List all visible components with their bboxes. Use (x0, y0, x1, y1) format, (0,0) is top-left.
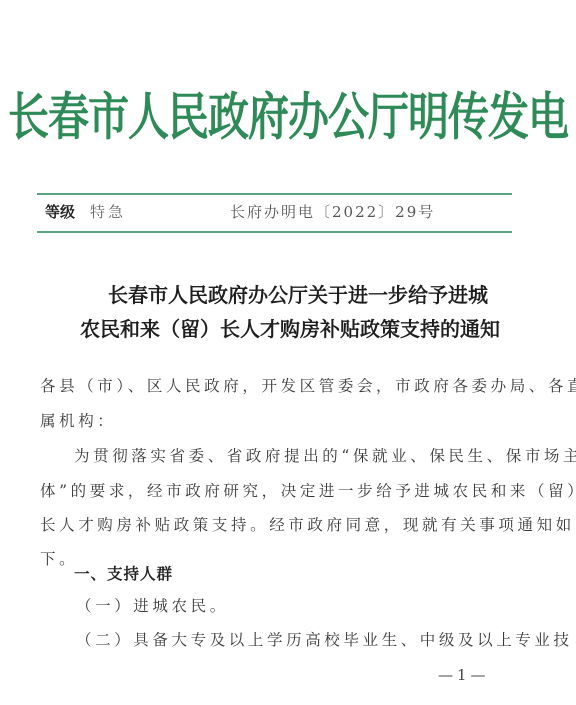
intro-paragraph-line-1: 为贯彻落实省委、省政府提出的“保就业、保民生、保市场主 (74, 445, 576, 467)
intro-paragraph-line-3: 长人才购房补贴政策支持。经市政府同意，现就有关事项通知如 (40, 514, 575, 536)
intro-paragraph-line-4: 下。 (40, 548, 78, 570)
list-item-2: （二）具备大专及以上学历高校毕业生、中级及以上专业技 (76, 629, 573, 651)
header-rule-bottom (37, 231, 512, 233)
document-title-line-2: 农民和来（留）长人才购房补贴政策支持的通知 (2, 314, 576, 344)
intro-paragraph-line-2: 体”的要求，经市政府研究，决定进一步给予进城农民和来（留） (40, 480, 576, 502)
document-title-line-1: 长春市人民政府办公厅关于进一步给予进城 (10, 280, 576, 310)
priority-value: 特急 (90, 200, 126, 224)
page-number: —1— (438, 664, 490, 686)
meta-row: 等级 特急 长府办明电〔2022〕29号 (45, 200, 505, 224)
addressee-line-1: 各县（市）、区人民政府，开发区管委会，市政府各委办局、各直 (40, 375, 576, 397)
addressee-line-2: 属机构： (40, 410, 116, 432)
masthead-title: 长春市人民政府办公厅明传发电 (0, 82, 576, 152)
list-item-1: （一）进城农民。 (76, 595, 229, 617)
section-heading-support-groups: 一、支持人群 (74, 563, 173, 585)
priority-label: 等级 (45, 200, 75, 224)
header-rule-top (37, 193, 512, 195)
document-number: 长府办明电〔2022〕29号 (230, 200, 435, 224)
